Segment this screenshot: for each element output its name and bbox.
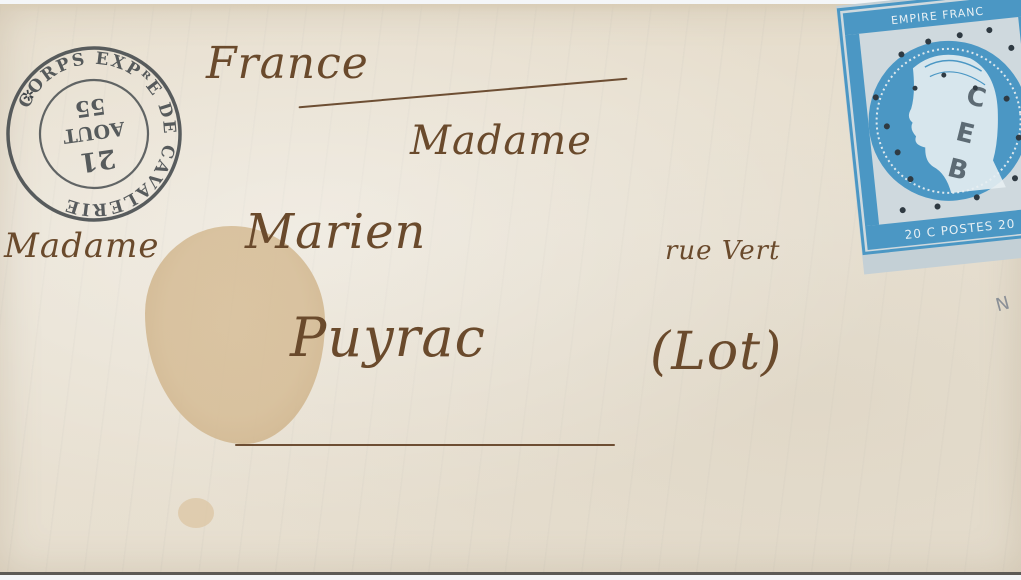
postage-stamp: EMPIRE FRANC 20 C POSTES 20 C E B: [836, 0, 1021, 275]
svg-text:✲: ✲: [21, 86, 36, 106]
underline-town: [235, 444, 615, 446]
address-recipient-name: Marien: [245, 204, 426, 260]
address-street: rue Vert: [665, 236, 780, 266]
envelope-cover: CORPS EXPᴿE DE CAVALERIE ✲ 21 AOUT 55 EM…: [0, 4, 1021, 575]
pencil-annotation: N: [994, 293, 1012, 317]
small-stain: [178, 498, 214, 528]
svg-text:21: 21: [78, 142, 118, 177]
svg-text:AOUT: AOUT: [61, 117, 126, 148]
napoleon-stamp-icon: EMPIRE FRANC 20 C POSTES 20 C E B: [836, 0, 1021, 275]
address-town: Puyrac: [290, 306, 486, 369]
address-line-madame: Madame: [410, 118, 592, 164]
address-recipient-title: Madame: [4, 226, 159, 266]
circular-postmark: CORPS EXPᴿE DE CAVALERIE ✲ 21 AOUT 55: [0, 30, 188, 238]
postmark-icon: CORPS EXPᴿE DE CAVALERIE ✲ 21 AOUT 55: [0, 30, 188, 238]
address-line-france: France: [206, 38, 369, 89]
address-department: (Lot): [650, 322, 782, 382]
svg-text:55: 55: [73, 92, 107, 122]
